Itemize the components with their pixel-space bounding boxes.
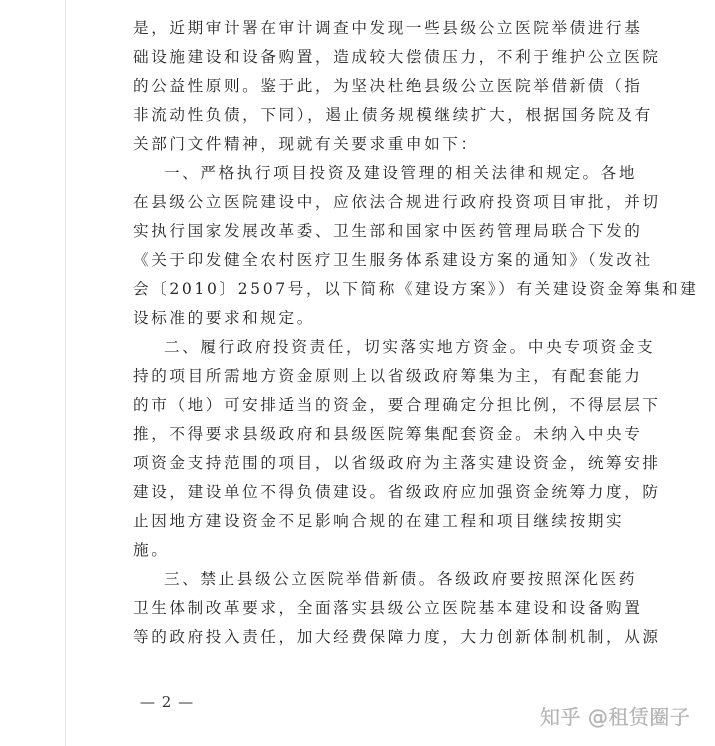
text-line: 等的政府投入责任，加大经费保障力度，大力创新体制机制，从源 [133, 623, 573, 652]
page-number: — 2 — [140, 693, 194, 711]
text-line: 施。 [133, 536, 573, 565]
section-heading-line-3: 三、禁止县级公立医院举借新债。各级政府要按照深化医药 [133, 565, 573, 594]
text-line: 实执行国家发展改革委、卫生部和国家中医药管理局联合下发的 [133, 217, 573, 246]
text-line: 卫生体制改革要求，全面落实县级公立医院基本建设和设备购置 [133, 594, 573, 623]
scan-edge-line [65, 0, 66, 746]
section-heading-line-1: 一、严格执行项目投资及建设管理的相关法律和规定。各地 [133, 159, 573, 188]
text-line: 《关于印发健全农村医疗卫生服务体系建设方案的通知》（发改社 [133, 246, 573, 275]
section-heading-line-2: 二、履行政府投资责任，切实落实地方资金。中央专项资金支 [133, 333, 573, 362]
text-line: 设标准的要求和规定。 [133, 304, 573, 333]
document-body: 是，近期审计署在审计调查中发现一些县级公立医院举债进行基 础设施建设和设备购置，… [133, 14, 573, 652]
text-line: 非流动性负债，下同），遏止债务规模继续扩大，根据国务院及有 [133, 101, 573, 130]
text-line: 推，不得要求县级政府和县级医院筹集配套资金。未纳入中央专 [133, 420, 573, 449]
text-line: 会〔2010〕2507号，以下简称《建设方案》）有关建设资金筹集和建 [133, 275, 573, 304]
text-line: 关部门文件精神，现就有关要求重申如下： [133, 130, 573, 159]
watermark: 知乎 @租赁圈子 [540, 701, 690, 730]
text-line: 止因地方建设资金不足影响合规的在建工程和项目继续按期实 [133, 507, 573, 536]
text-line: 础设施建设和设备购置，造成较大偿债压力，不利于维护公立医院 [133, 43, 573, 72]
text-line: 的公益性原则。鉴于此，为坚决杜绝县级公立医院举借新债（指 [133, 72, 573, 101]
text-line: 项资金支持范围的项目，以省级政府为主落实建设资金，统筹安排 [133, 449, 573, 478]
text-line: 的市（地）可安排适当的资金，要合理确定分担比例，不得层层下 [133, 391, 573, 420]
text-line: 在县级公立医院建设中，应依法合规进行政府投资项目审批，并切 [133, 188, 573, 217]
text-line: 是，近期审计署在审计调查中发现一些县级公立医院举债进行基 [133, 14, 573, 43]
text-line: 建设，建设单位不得负债建设。省级政府应加强资金统筹力度，防 [133, 478, 573, 507]
text-line: 持的项目所需地方资金原则上以省级政府筹集为主，有配套能力 [133, 362, 573, 391]
